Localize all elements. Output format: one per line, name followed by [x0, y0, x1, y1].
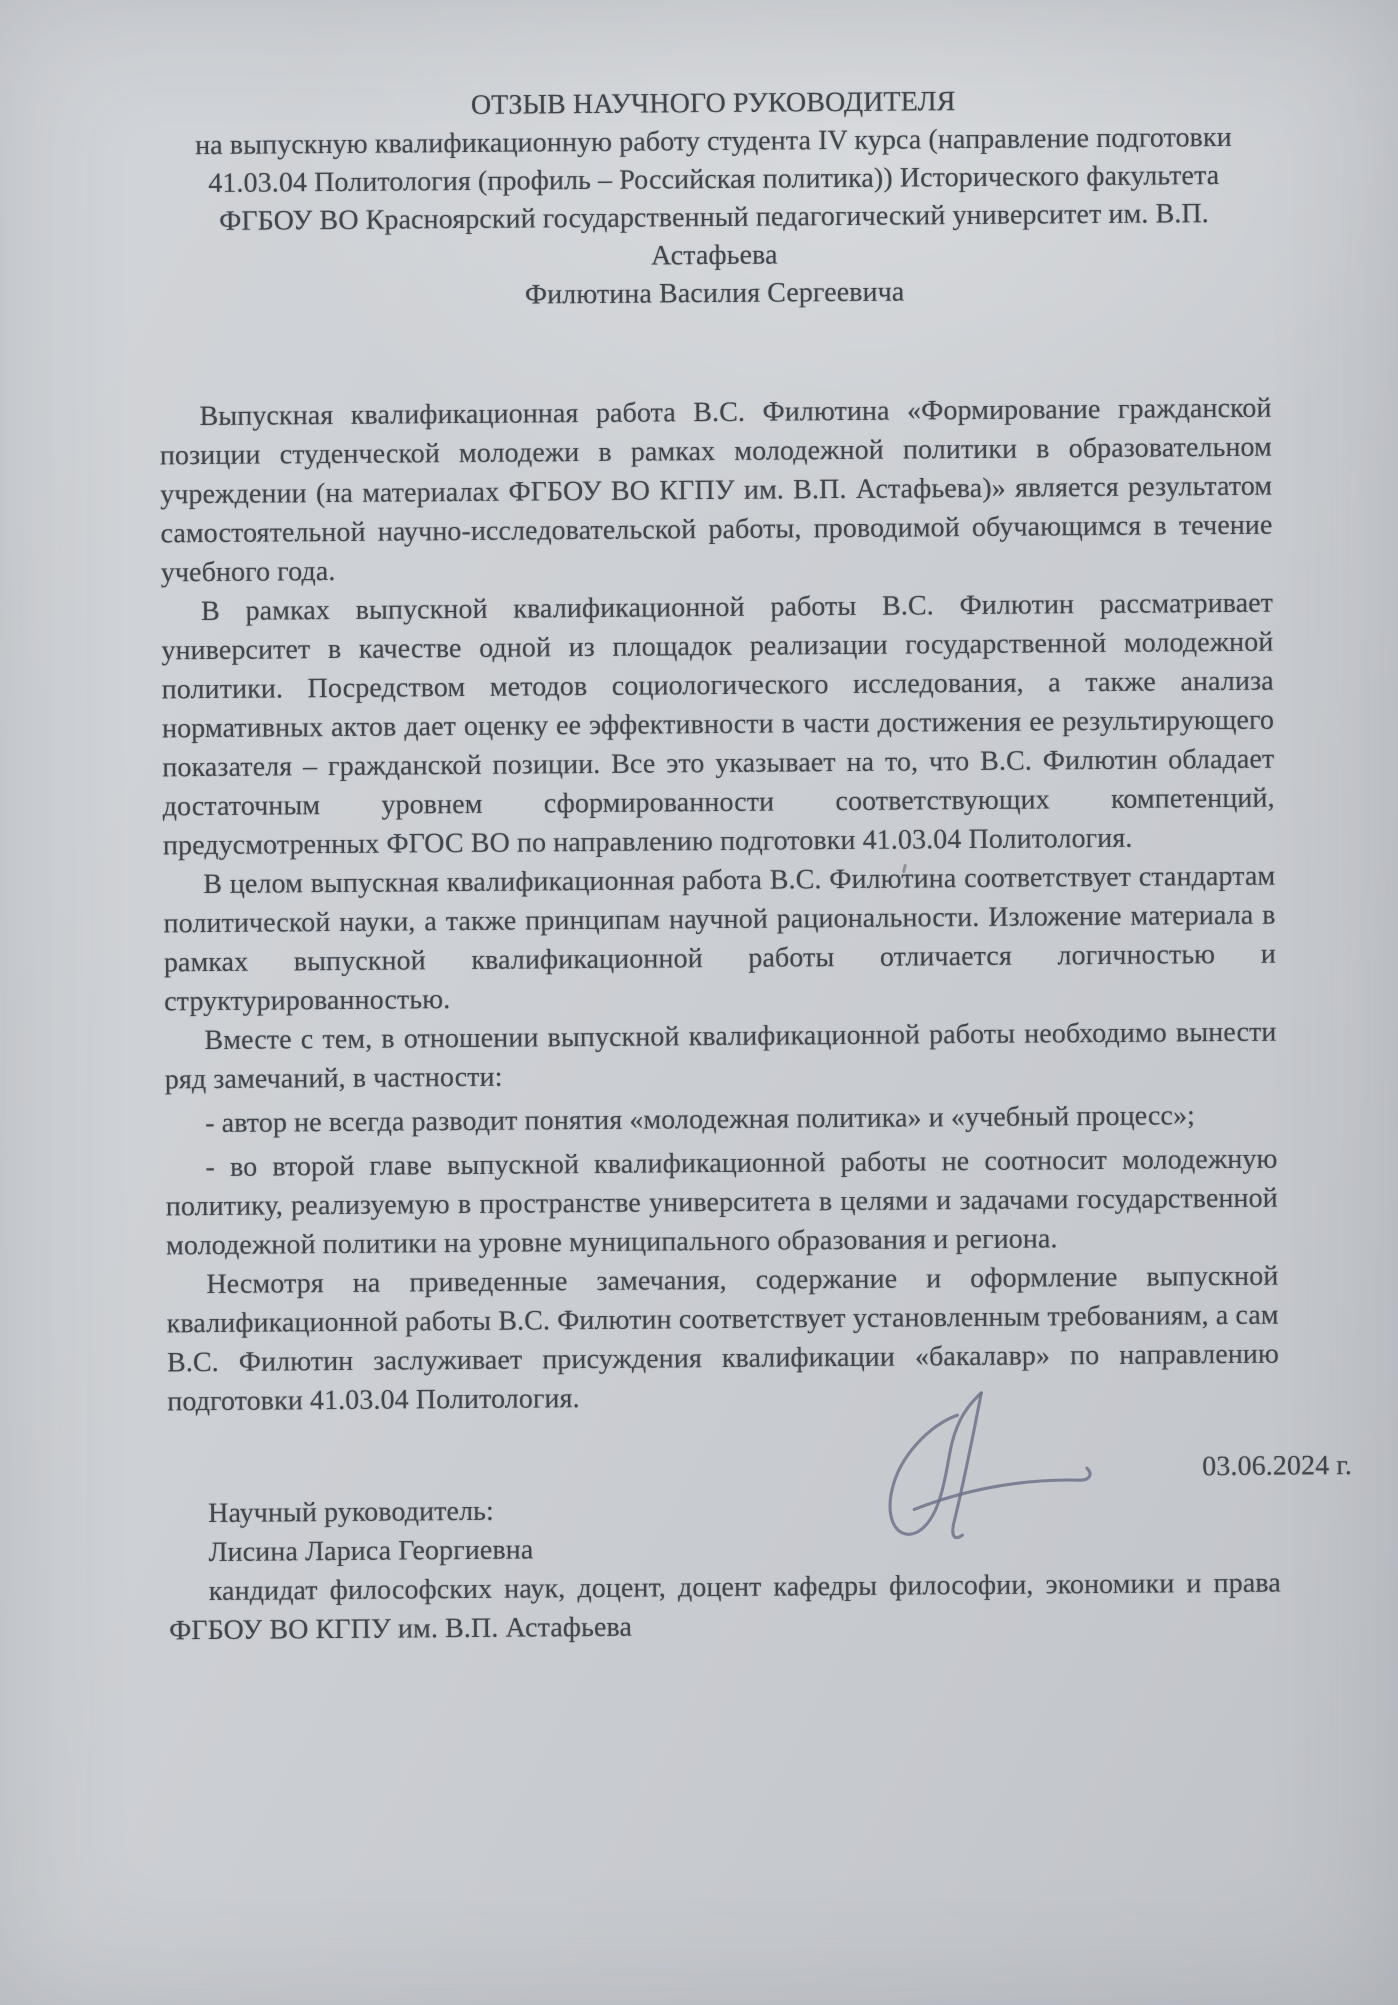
signature-block: 03.06.2024 г. Научный руководитель: Лиси… — [168, 1447, 1281, 1651]
paragraph-assessment: В целом выпускная квалификационная работ… — [163, 857, 1276, 1022]
paragraph-conclusion: Несмотря на приведенные замечания, содер… — [166, 1257, 1279, 1422]
document-body: Выпускная квалификационная работа В.С. Ф… — [159, 389, 1279, 1422]
remark-item-1: - автор не всегда разводит понятия «моло… — [165, 1096, 1277, 1144]
student-name: Филютина Василия Сергеевича — [159, 271, 1271, 318]
document-photo: ОТЗЫВ НАУЧНОГО РУКОВОДИТЕЛЯ на выпускную… — [0, 0, 1398, 2005]
paragraph-intro: Выпускная квалификационная работа В.С. Ф… — [159, 389, 1272, 593]
remark-item-2: - во второй главе выпускной квалификацио… — [165, 1140, 1278, 1266]
document-header: ОТЗЫВ НАУЧНОГО РУКОВОДИТЕЛЯ на выпускную… — [157, 81, 1271, 318]
review-document: ОТЗЫВ НАУЧНОГО РУКОВОДИТЕЛЯ на выпускную… — [157, 81, 1281, 1651]
paragraph-analysis: В рамках выпускной квалификационной рабо… — [161, 584, 1275, 866]
supervisor-credentials: кандидат философских наук, доцент, доцен… — [169, 1564, 1282, 1651]
paragraph-remarks-intro: Вместе с тем, в отношении выпускной квал… — [164, 1013, 1277, 1100]
signature-icon — [855, 1376, 1106, 1550]
